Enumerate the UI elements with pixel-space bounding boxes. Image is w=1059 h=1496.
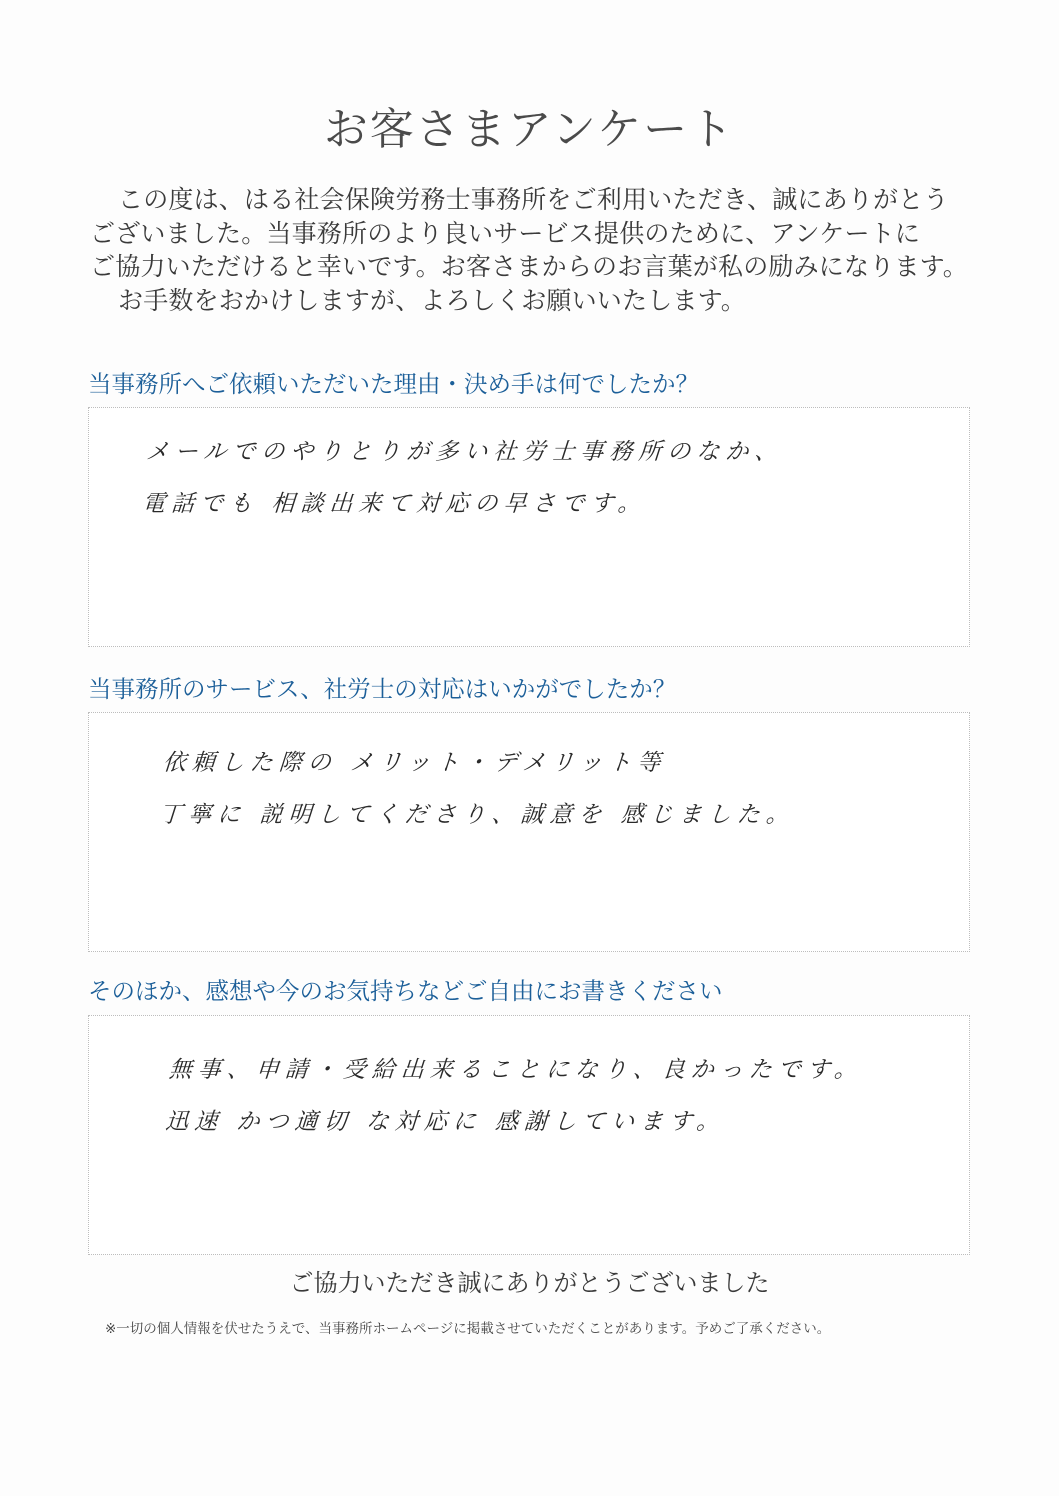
answer-line: 無事、申請・受給出来ることになり、良かったです。 xyxy=(167,1044,865,1096)
answer-line: 丁寧に 説明してくださり、誠意を 感じました。 xyxy=(157,789,796,841)
intro-line: お手数をおかけしますが、よろしくお願いいたします。 xyxy=(90,284,970,318)
question-3-answer-box: 無事、申請・受給出来ることになり、良かったです。 迅速 かつ適切 な対応に 感謝… xyxy=(88,1015,970,1255)
answer-line: 電話でも 相談出来て対応の早さです。 xyxy=(140,478,781,530)
answer-line: メールでのやりとりが多い社労士事務所のなか、 xyxy=(144,426,785,478)
intro-line: ございました。当事務所のより良いサービス提供のために、アンケートに xyxy=(90,217,970,251)
question-1-heading: 当事務所へご依頼いただいた理由・決め手は何でしたか？ xyxy=(88,368,699,400)
question-3-answer: 無事、申請・受給出来ることになり、良かったです。 迅速 かつ適切 な対応に 感謝… xyxy=(163,1044,864,1148)
answer-line: 依頼した際の メリット・デメリット等 xyxy=(161,737,800,789)
closing-message: ご協力いただき誠にありがとうございました xyxy=(0,1266,1059,1300)
question-2-heading: 当事務所のサービス、社労士の対応はいかがでしたか？ xyxy=(88,673,676,705)
question-1-answer: メールでのやりとりが多い社労士事務所のなか、 電話でも 相談出来て対応の早さです… xyxy=(140,426,785,530)
page-title: お客さまアンケート xyxy=(0,100,1059,160)
question-2-answer: 依頼した際の メリット・デメリット等 丁寧に 説明してくださり、誠意を 感じまし… xyxy=(157,737,800,841)
intro-paragraph: この度は、はる社会保険労務士事務所をご利用いただき、誠にありがとう ございました… xyxy=(90,183,970,317)
intro-line: この度は、はる社会保険労務士事務所をご利用いただき、誠にありがとう xyxy=(90,183,970,217)
survey-page: お客さまアンケート この度は、はる社会保険労務士事務所をご利用いただき、誠にあり… xyxy=(0,0,1059,1496)
intro-line: ご協力いただけると幸いです。お客さまからのお言葉が私の励みになります。 xyxy=(90,250,970,284)
question-3-heading: そのほか、感想や今のお気持ちなどご自由にお書きください xyxy=(88,975,723,1007)
question-2-answer-box: 依頼した際の メリット・デメリット等 丁寧に 説明してくださり、誠意を 感じまし… xyxy=(88,712,970,952)
question-1-answer-box: メールでのやりとりが多い社労士事務所のなか、 電話でも 相談出来て対応の早さです… xyxy=(88,407,970,647)
privacy-footnote: ※一切の個人情報を伏せたうえで、当事務所ホームページに掲載させていただくことがあ… xyxy=(105,1318,985,1340)
answer-line: 迅速 かつ適切 な対応に 感謝しています。 xyxy=(163,1096,861,1148)
